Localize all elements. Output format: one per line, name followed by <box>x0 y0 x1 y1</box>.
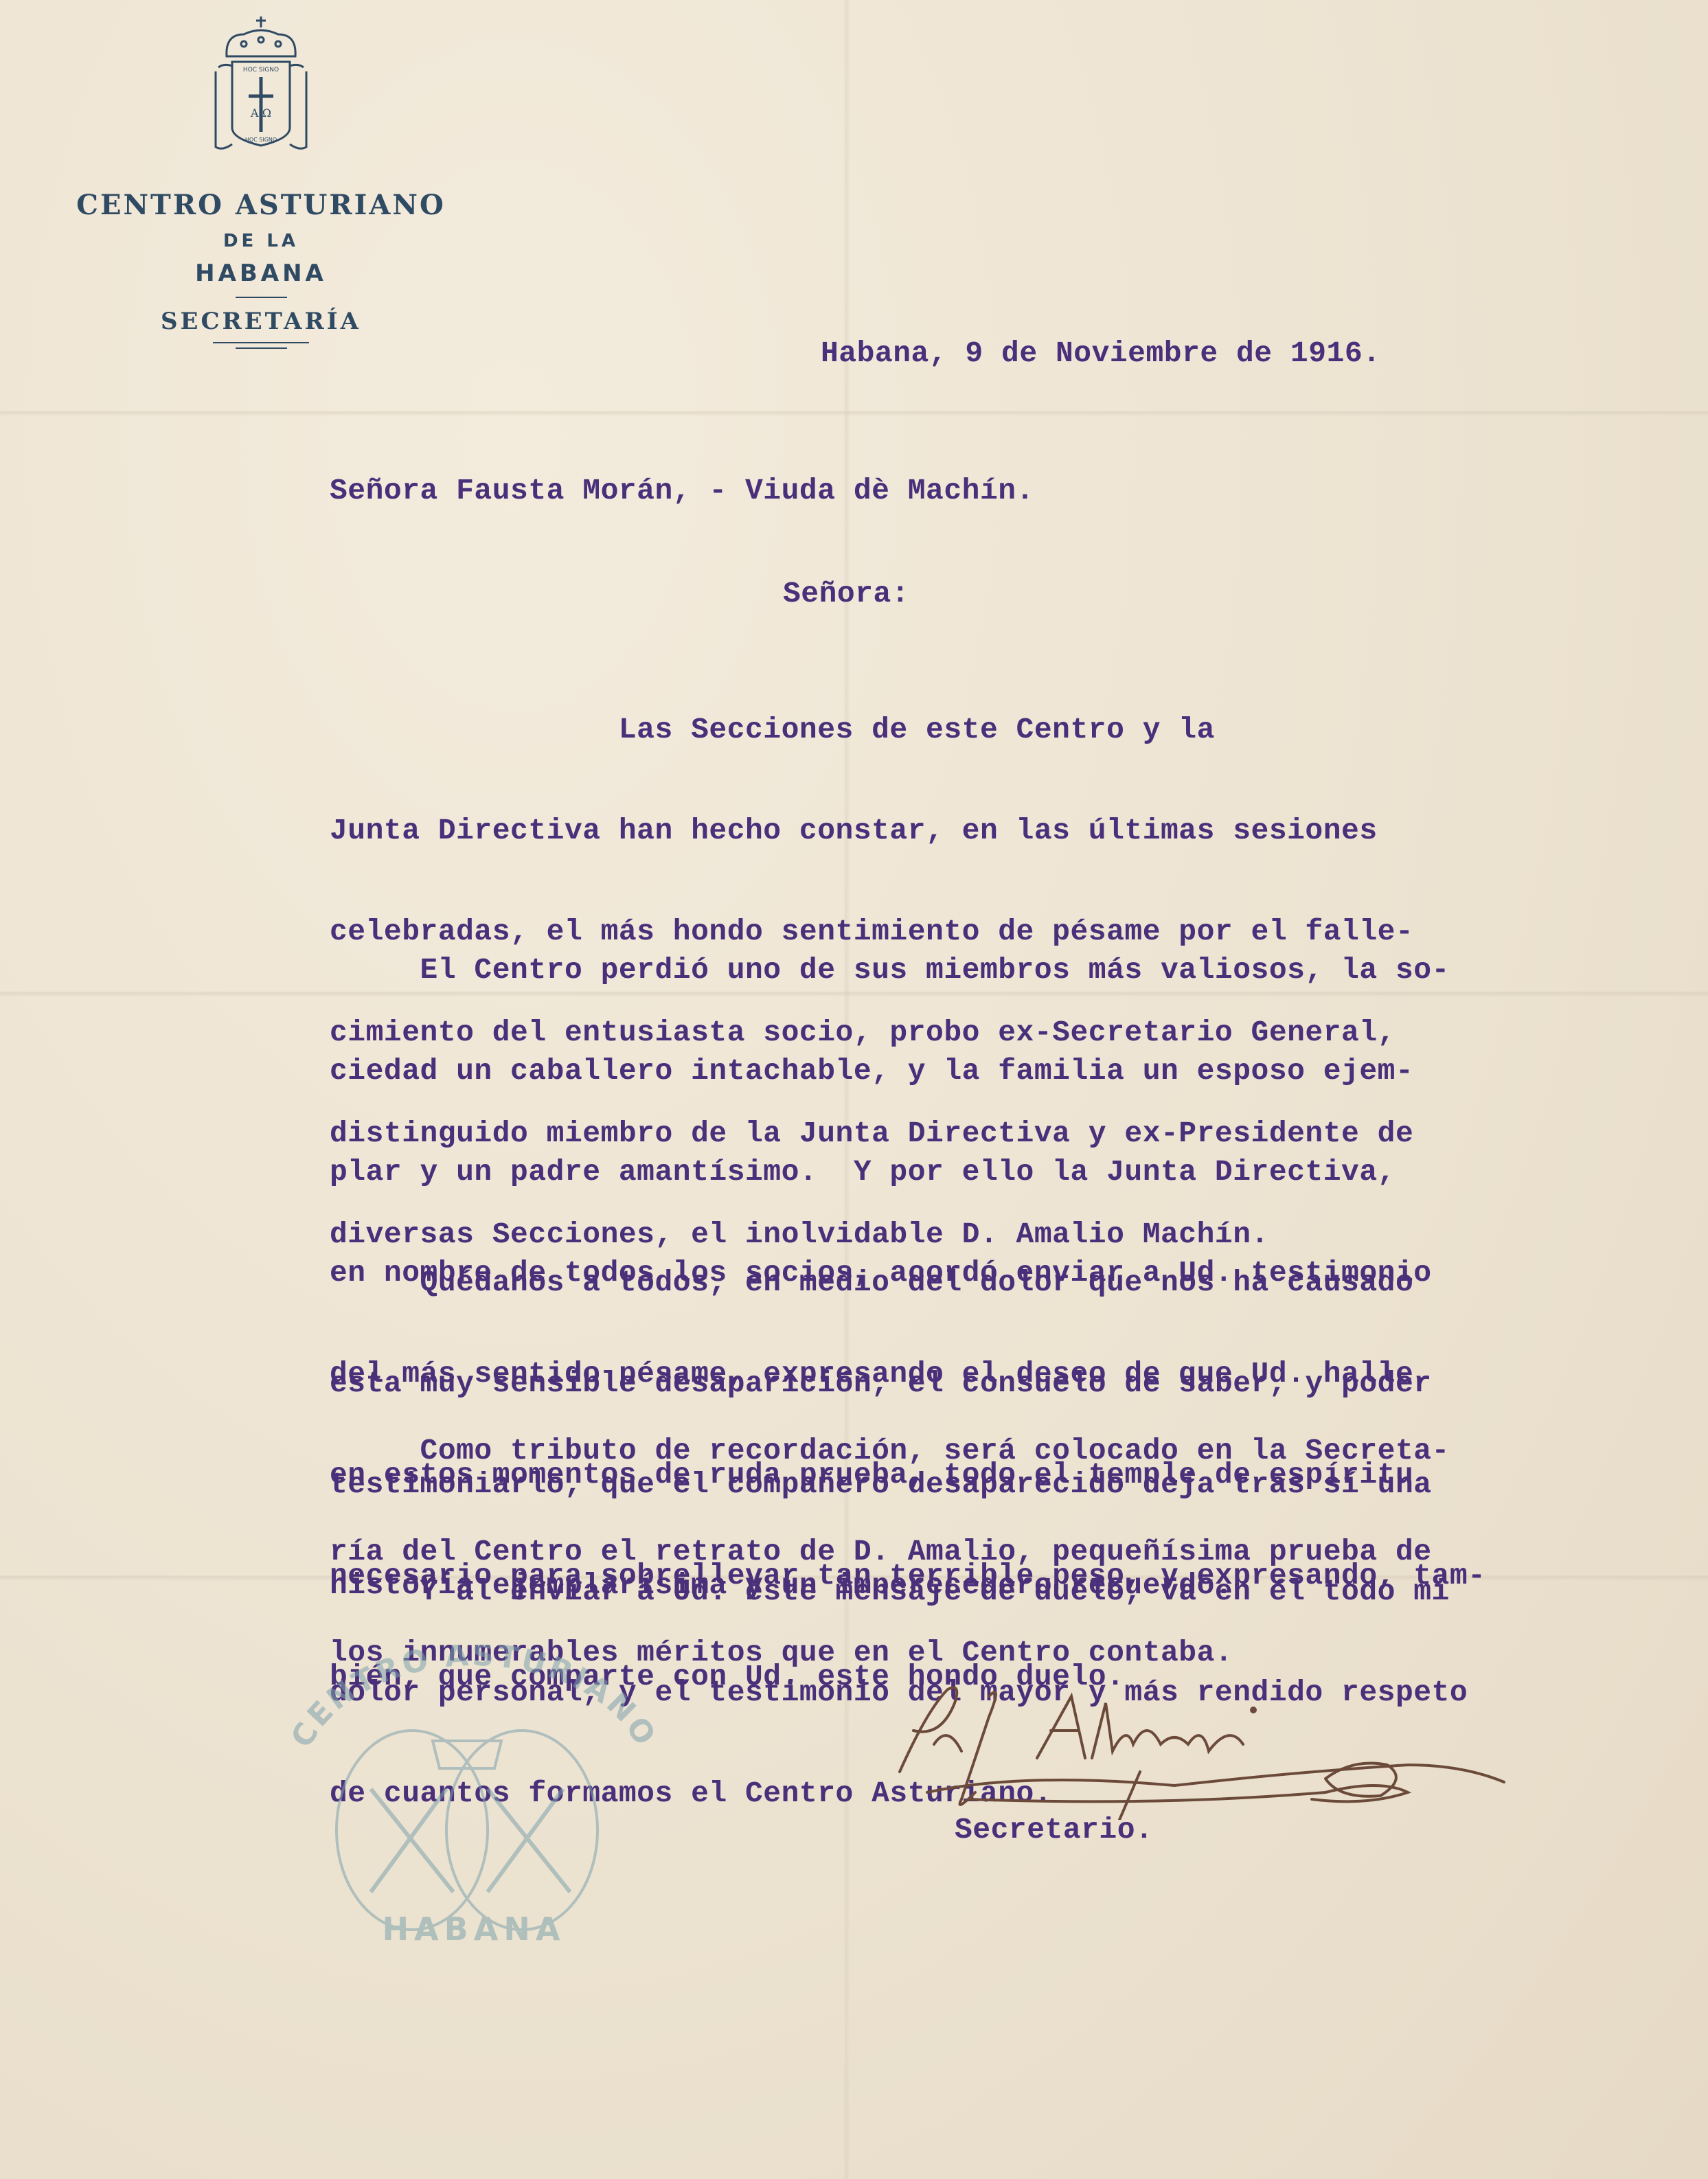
text-line: ciedad un caballero intachable, y la fam… <box>330 1054 1485 1088</box>
salutation: Señora: <box>783 577 909 611</box>
letterhead-department: SECRETARÍA <box>62 308 460 335</box>
text-line: El Centro perdió uno de sus miembros más… <box>330 953 1485 987</box>
text-line: Quédanos a todos, en medio del dolor que… <box>330 1266 1432 1299</box>
letterhead: HOC SIGNO A Ω HOC SIGNO CENTRO ASTURIANO… <box>62 14 460 349</box>
svg-text:CENTRO ASTURIANO: CENTRO ASTURIANO <box>284 1645 663 1754</box>
svg-text:HOC SIGNO: HOC SIGNO <box>243 67 279 73</box>
centro-asturiano-stamp-icon: CENTRO ASTURIANO HABANA <box>275 1645 673 1947</box>
letterhead-divider <box>213 342 309 343</box>
text-line: Y al enviar a Ud. este mensaje de duelo,… <box>330 1575 1468 1608</box>
letterhead-org-name: CENTRO ASTURIANO <box>62 189 460 221</box>
asturias-coat-of-arms-icon: HOC SIGNO A Ω HOC SIGNO <box>206 14 316 158</box>
text-line: plar y un padre amantísimo. Y por ello l… <box>330 1155 1485 1189</box>
text-line: Junta Directiva han hecho constar, en la… <box>330 814 1413 847</box>
svg-text:HOC SIGNO: HOC SIGNO <box>245 137 277 143</box>
recipient: Señora Fausta Morán, - Viuda dè Machín. <box>330 474 1034 507</box>
letterhead-city: HABANA <box>62 260 460 287</box>
text-line: Las Secciones de este Centro y la <box>330 713 1413 746</box>
svg-text:HABANA: HABANA <box>383 1910 566 1947</box>
handwritten-signature <box>886 1662 1531 1820</box>
place-date: Habana, 9 de Noviembre de 1916. <box>821 336 1380 370</box>
letterhead-de-la: DE LA <box>62 231 460 251</box>
letterhead-divider <box>236 297 287 298</box>
svg-text:A Ω: A Ω <box>250 106 271 119</box>
text-line: Como tributo de recordación, será coloca… <box>330 1434 1450 1468</box>
letterhead-divider <box>236 347 287 349</box>
signatory-title: Secretario. <box>955 1813 1153 1847</box>
